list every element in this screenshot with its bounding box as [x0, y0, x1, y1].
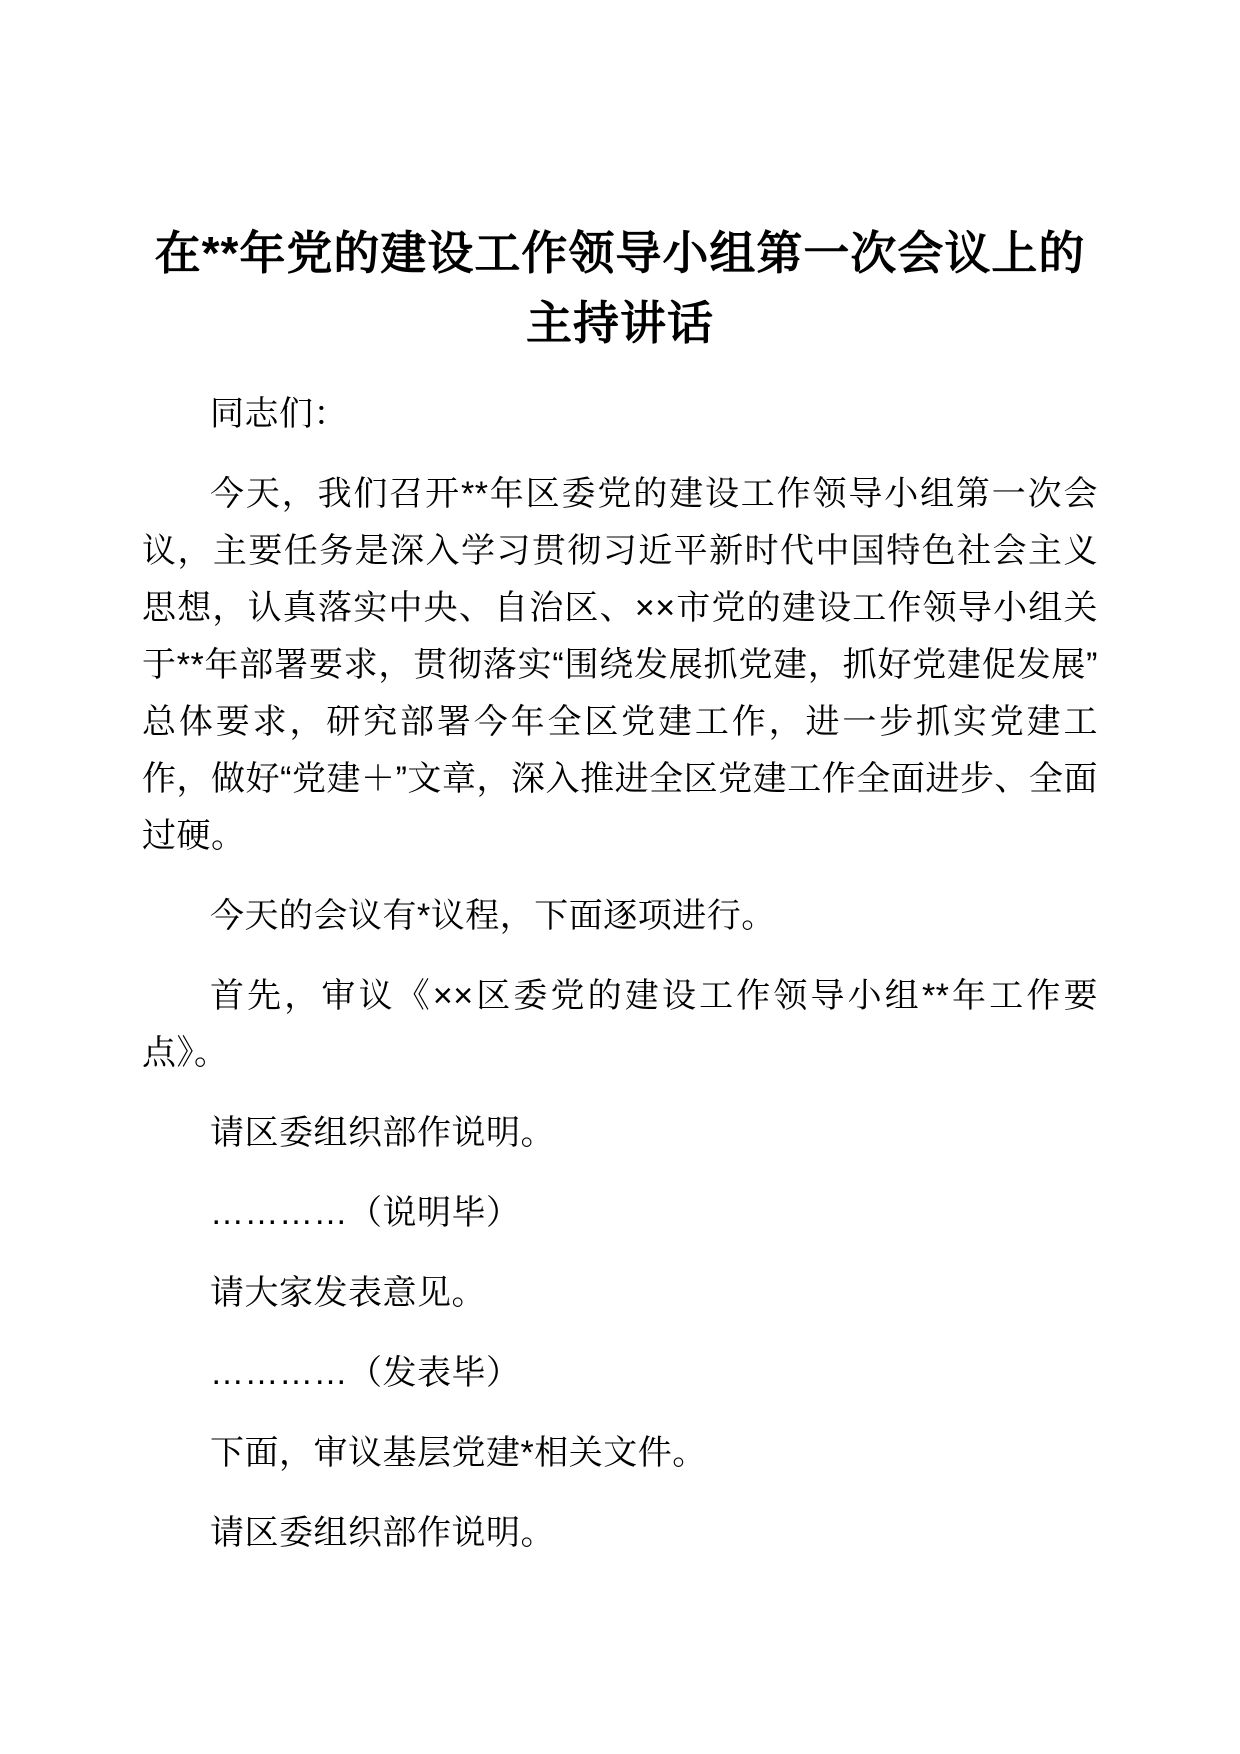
paragraph-explanation-done: …………（说明毕） — [142, 1185, 1098, 1242]
paragraph-agenda-intro: 今天的会议有*议程，下面逐项进行。 — [142, 888, 1098, 945]
paragraph-request-explanation-2: 请区委组织部作说明。 — [142, 1505, 1098, 1562]
document-page: 在**年党的建设工作领导小组第一次会议上的主持讲话 同志们： 今天，我们召开**… — [0, 0, 1240, 1754]
document-title: 在**年党的建设工作领导小组第一次会议上的主持讲话 — [142, 218, 1098, 358]
paragraph-salutation: 同志们： — [142, 386, 1098, 443]
paragraph-request-opinions: 请大家发表意见。 — [142, 1265, 1098, 1322]
paragraph-opinions-done: …………（发表毕） — [142, 1345, 1098, 1402]
paragraph-first-item: 首先，审议《××区委党的建设工作领导小组**年工作要点》。 — [142, 968, 1098, 1082]
paragraph-opening: 今天，我们召开**年区委党的建设工作领导小组第一次会议，主要任务是深入学习贯彻习… — [142, 466, 1098, 865]
paragraph-next-item: 下面，审议基层党建*相关文件。 — [142, 1425, 1098, 1482]
paragraph-request-explanation-1: 请区委组织部作说明。 — [142, 1105, 1098, 1162]
